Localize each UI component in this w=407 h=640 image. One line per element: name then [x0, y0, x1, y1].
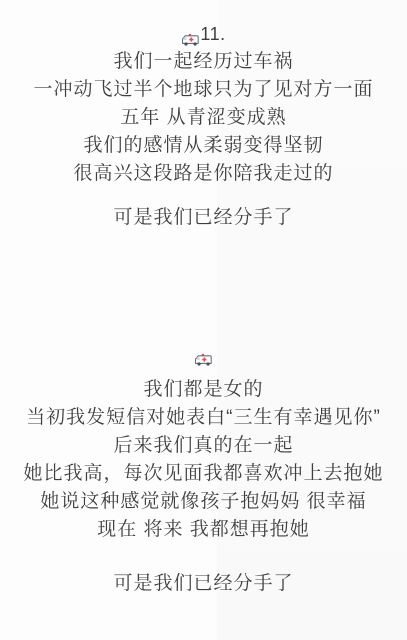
story-card: 11. 我们一起经历过车祸 一冲动飞过半个地球只为了见对方一面 五年 从青涩变成…	[0, 0, 407, 640]
story1-line: 我们一起经历过车祸	[0, 48, 407, 76]
story1-line: 很高兴这段路是你陪我走过的	[0, 160, 407, 188]
story2-line: 我们都是女的	[0, 376, 407, 404]
story2-line: 当初我发短信对她表白“三生有幸遇见你”	[0, 404, 407, 432]
story1-line: 五年 从青涩变成熟	[0, 104, 407, 132]
story2-line: 她说这种感觉就像孩子抱妈妈 很幸福	[0, 488, 407, 516]
story2-header	[0, 340, 407, 368]
ambulance-icon	[194, 347, 213, 361]
story2-ending: 可是我们已经分手了	[0, 570, 407, 598]
story1-line: 一冲动飞过半个地球只为了见对方一面	[0, 76, 407, 104]
story1-ending: 可是我们已经分手了	[0, 204, 407, 232]
story2-line: 现在 将来 我都想再抱她	[0, 516, 407, 544]
story1-line: 我们的感情从柔弱变得坚韧	[0, 132, 407, 160]
story2-line: 她比我高，每次见面我都喜欢冲上去抱她	[0, 460, 407, 488]
story2-line: 后来我们真的在一起	[0, 432, 407, 460]
ambulance-icon	[181, 27, 200, 41]
story1-header: 11.	[0, 0, 407, 48]
story1-number: 11.	[200, 20, 225, 48]
